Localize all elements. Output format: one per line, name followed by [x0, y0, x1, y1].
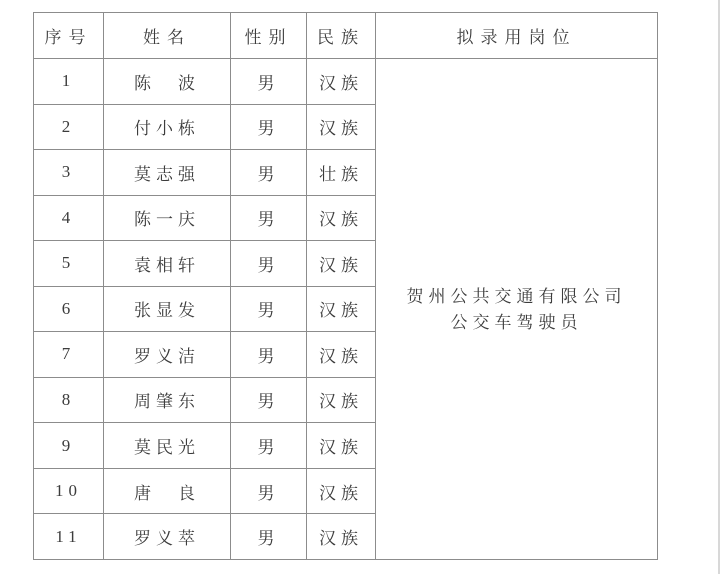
- cell-ethnicity: 汉族: [307, 59, 376, 105]
- cell-name: 周肇东: [104, 377, 231, 423]
- header-row: 序号 姓名 性别 民族 拟录用岗位: [34, 13, 658, 59]
- cell-name: 莫民光: [104, 423, 231, 469]
- cell-index: 9: [34, 423, 104, 469]
- cell-gender: 男: [231, 423, 307, 469]
- cell-ethnicity: 汉族: [307, 195, 376, 241]
- col-header-gender: 性别: [231, 13, 307, 59]
- cell-ethnicity: 汉族: [307, 514, 376, 560]
- cell-gender: 男: [231, 59, 307, 105]
- cell-name: 莫志强: [104, 150, 231, 196]
- cell-ethnicity: 汉族: [307, 332, 376, 378]
- position-line: 公交车驾驶员: [376, 314, 657, 331]
- cell-gender: 男: [231, 195, 307, 241]
- cell-gender: 男: [231, 468, 307, 514]
- cell-index: 6: [34, 286, 104, 332]
- cell-name: 袁相轩: [104, 241, 231, 287]
- cell-ethnicity: 汉族: [307, 104, 376, 150]
- cell-index: 5: [34, 241, 104, 287]
- cell-name: 陈一庆: [104, 195, 231, 241]
- cell-gender: 男: [231, 377, 307, 423]
- cell-name: 罗义萃: [104, 514, 231, 560]
- cell-ethnicity: 汉族: [307, 468, 376, 514]
- cell-position: 贺州公共交通有限公司公交车驾驶员: [376, 59, 658, 560]
- position-line: 贺州公共交通有限公司: [376, 288, 657, 305]
- cell-name: 付小栋: [104, 104, 231, 150]
- cell-index: 10: [34, 468, 104, 514]
- cell-gender: 男: [231, 286, 307, 332]
- cell-index: 1: [34, 59, 104, 105]
- cell-name: 罗义洁: [104, 332, 231, 378]
- cell-name: 唐 良: [104, 468, 231, 514]
- cell-ethnicity: 汉族: [307, 377, 376, 423]
- cell-name: 陈 波: [104, 59, 231, 105]
- col-header-ethnicity: 民族: [307, 13, 376, 59]
- cell-gender: 男: [231, 514, 307, 560]
- cell-gender: 男: [231, 241, 307, 287]
- recruitment-table: 序号 姓名 性别 民族 拟录用岗位 1陈 波男汉族贺州公共交通有限公司公交车驾驶…: [33, 12, 658, 560]
- cell-index: 2: [34, 104, 104, 150]
- col-header-position: 拟录用岗位: [376, 13, 658, 59]
- cell-index: 3: [34, 150, 104, 196]
- cell-ethnicity: 汉族: [307, 286, 376, 332]
- cell-gender: 男: [231, 150, 307, 196]
- cell-ethnicity: 汉族: [307, 241, 376, 287]
- cell-gender: 男: [231, 332, 307, 378]
- cell-index: 11: [34, 514, 104, 560]
- col-header-name: 姓名: [104, 13, 231, 59]
- cell-gender: 男: [231, 104, 307, 150]
- cell-ethnicity: 汉族: [307, 423, 376, 469]
- cell-index: 8: [34, 377, 104, 423]
- cell-name: 张显发: [104, 286, 231, 332]
- cell-index: 4: [34, 195, 104, 241]
- document-page: 序号 姓名 性别 民族 拟录用岗位 1陈 波男汉族贺州公共交通有限公司公交车驾驶…: [0, 0, 720, 574]
- cell-index: 7: [34, 332, 104, 378]
- col-header-index: 序号: [34, 13, 104, 59]
- table-row: 1陈 波男汉族贺州公共交通有限公司公交车驾驶员: [34, 59, 658, 105]
- cell-ethnicity: 壮族: [307, 150, 376, 196]
